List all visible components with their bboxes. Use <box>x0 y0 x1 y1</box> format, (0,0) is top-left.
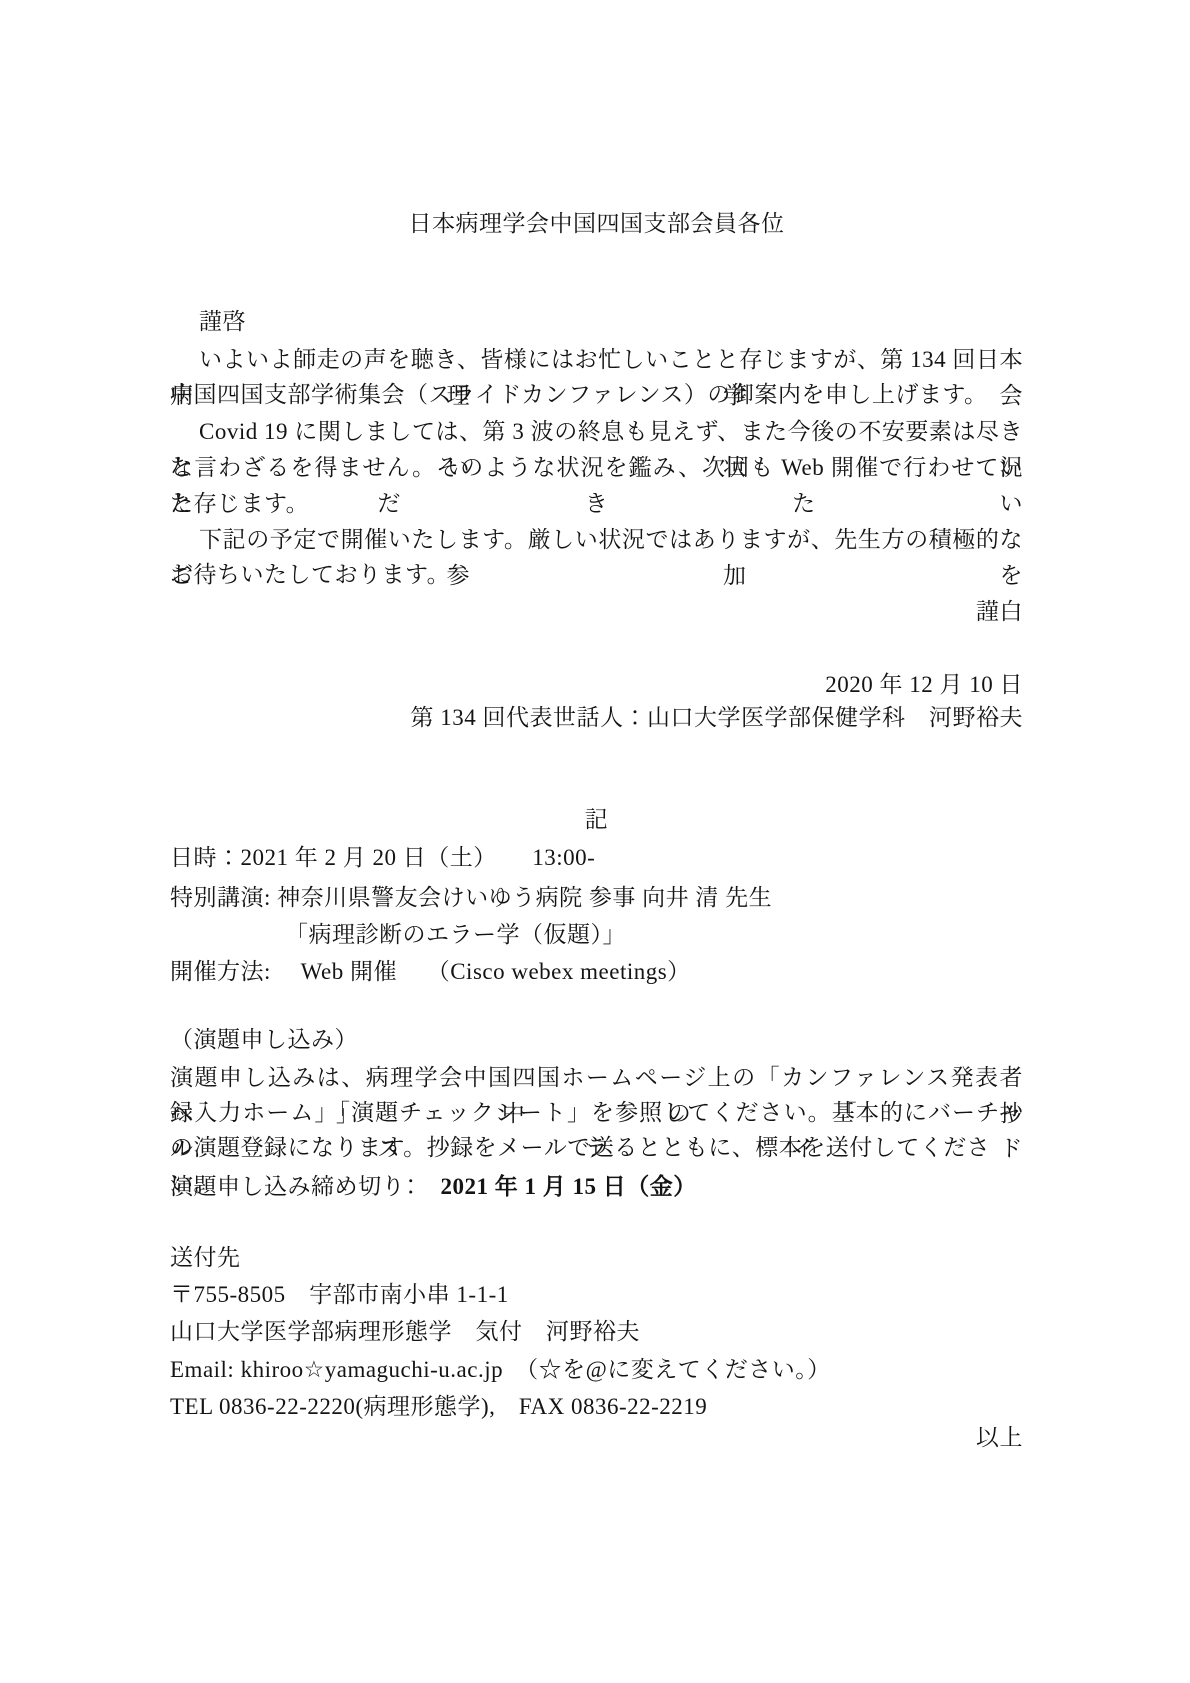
lecture-title: 「病理診断のエラー学（仮題）」 <box>285 917 626 953</box>
submission-deadline: 演題申し込み締め切り： 2021 年 1 月 15 日（金） <box>170 1169 1023 1205</box>
paragraph3-line2: お待ちいたしております。 <box>170 557 1023 593</box>
shipping-heading: 送付先 <box>170 1240 1023 1276</box>
shipping-department: 山口大学医学部病理形態学 気付 河野裕夫 <box>170 1314 1023 1350</box>
organizer-line: 第 134 回代表世話人：山口大学医学部保健学科 河野裕夫 <box>170 700 1023 736</box>
end-marker: 以上 <box>170 1420 1023 1456</box>
shipping-address: 〒755-8505 宇部市南小串 1-1-1 <box>170 1277 1023 1313</box>
event-datetime: 日時：2021 年 2 月 20 日（土） 13:00- <box>170 840 1023 876</box>
event-format: 開催方法: Web 開催 （Cisco webex meetings） <box>170 954 1023 990</box>
deadline-date: 2021 年 1 月 15 日（金） <box>441 1174 697 1199</box>
submission-heading: （演題申し込み） <box>170 1022 1023 1058</box>
salutation-opening: 謹啓 <box>170 304 1023 340</box>
issue-date: 2020 年 12 月 10 日 <box>170 667 1023 703</box>
special-lecture-line: 特別講演: 神奈川県警友会けいゆう病院 参事 向井 清 先生 <box>170 880 1023 916</box>
notice-heading: 記 <box>170 802 1023 838</box>
deadline-label: 演題申し込み締め切り： <box>170 1174 441 1199</box>
contact-email: Email: khiroo☆yamaguchi-u.ac.jp （☆を@に変えて… <box>170 1352 1023 1388</box>
document-page: 日本病理学会中国四国支部会員各位 謹啓 いよいよ師走の声を聴き、皆様にはお忙しい… <box>0 0 1190 1683</box>
paragraph2-line3: と存じます。 <box>170 486 1023 522</box>
recipient-line: 日本病理学会中国四国支部会員各位 <box>170 206 1023 242</box>
salutation-closing: 謹白 <box>170 594 1023 630</box>
paragraph1-line2: 中国四国支部学術集会（スライドカンファレンス）の御案内を申し上げます。 <box>170 377 1023 413</box>
